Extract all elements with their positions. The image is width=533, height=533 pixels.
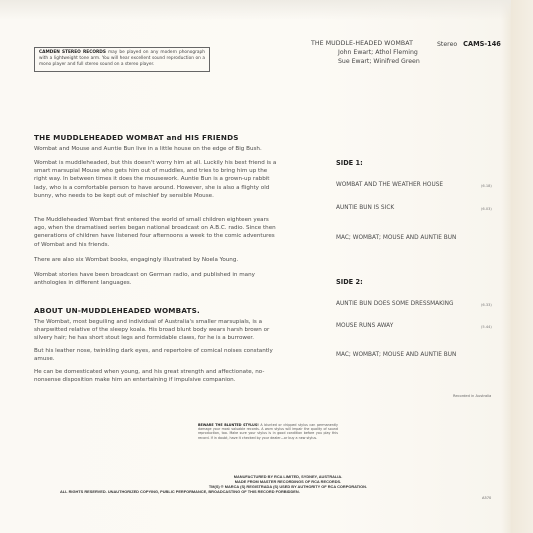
track-item: MAC; WOMBAT; MOUSE AND AUNTIE BUN — [336, 235, 486, 241]
format-label: Stereo — [437, 41, 457, 48]
notice-brand: CAMDEN STEREO RECORDS — [39, 50, 106, 55]
track-item: AUNTIE BUN IS SICK — [336, 205, 486, 211]
intro-heading: THE MUDDLEHEADED WOMBAT and HIS FRIENDS — [34, 133, 239, 142]
manufacturer-footer: MANUFACTURED BY RCA LIMITED, SYDNEY, AUS… — [148, 474, 428, 490]
format-catalog: Stereo CAMS-146 — [437, 40, 501, 48]
track-duration: (6.18) — [481, 184, 492, 188]
album-credits: John Ewart; Athol Fleming Sue Ewart; Win… — [338, 49, 420, 66]
about-paragraph: But his leather nose, twinkling dark eye… — [34, 347, 279, 363]
album-title: THE MUDDLE-HEADED WOMBAT — [311, 40, 413, 47]
recorded-note: Recorded in Australia — [453, 394, 491, 398]
track-duration: (6.03) — [481, 207, 492, 211]
track-item: AUNTIE BUN DOES SOME DRESSMAKING — [336, 301, 486, 307]
rights-notice: ALL RIGHTS RESERVED. UNAUTHORIZED COPYIN… — [60, 489, 300, 494]
side-2-heading: SIDE 2: — [336, 278, 363, 286]
intro-paragraph: There are also six Wombat books, engagin… — [34, 256, 279, 264]
print-code: A570 — [482, 496, 491, 500]
stereo-notice-box: CAMDEN STEREO RECORDS may be played on a… — [34, 47, 210, 72]
credit-line: Sue Ewart; Winifred Green — [338, 58, 420, 67]
track-item: WOMBAT AND THE WEATHER HOUSE — [336, 182, 486, 188]
stylus-notice: BEWARE THE BLUNTED STYLUS! A blunted or … — [198, 423, 338, 440]
sleeve-edge — [511, 0, 533, 533]
intro-paragraph: Wombat stories have been broadcast on Ge… — [34, 271, 279, 287]
about-paragraph: He can be domesticated when young, and h… — [34, 368, 279, 384]
intro-paragraph: The Muddleheaded Wombat first entered th… — [34, 216, 279, 249]
track-duration: (5.44) — [481, 325, 492, 329]
album-header: THE MUDDLE-HEADED WOMBAT Stereo CAMS-146… — [311, 40, 413, 47]
about-heading: ABOUT UN-MUDDLEHEADED WOMBATS. — [34, 306, 200, 315]
side-1-heading: SIDE 1: — [336, 159, 363, 167]
intro-paragraph: Wombat is muddleheaded, but this doesn't… — [34, 159, 279, 200]
paper-stain — [0, 0, 533, 20]
track-duration: (6.33) — [481, 303, 492, 307]
catalog-number: CAMS-146 — [463, 40, 501, 48]
intro-paragraph: Wombat and Mouse and Auntie Bun live in … — [34, 145, 279, 153]
about-paragraph: The Wombat, most beguiling and individua… — [34, 318, 279, 343]
track-item: MOUSE RUNS AWAY — [336, 323, 486, 329]
credit-line: John Ewart; Athol Fleming — [338, 49, 420, 58]
track-item: MAC; WOMBAT; MOUSE AND AUNTIE BUN — [336, 352, 486, 358]
